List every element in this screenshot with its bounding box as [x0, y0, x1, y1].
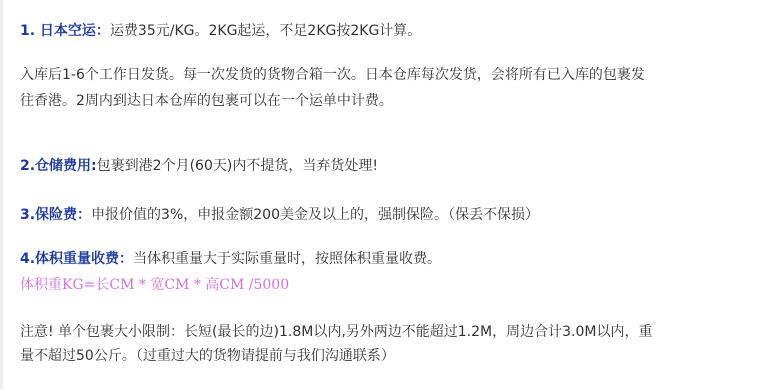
section-heading-storage-fee: 2.仓储费用:: [20, 158, 97, 174]
note-line-1: 注意! 单个包裹大小限制：长短(最长的边)1.8M以内,另外两边不能超过1.2M…: [20, 322, 652, 342]
section-text-air-freight: 运费35元/KG。2KG起运，不足2KG按2KG计算。: [110, 23, 421, 39]
shipping-paragraph-line-2: 往香港。2周内到达日本仓库的包裹可以在一个运单中计费。: [20, 91, 393, 111]
section-air-freight: 1. 日本空运：运费35元/KG。2KG起运，不足2KG按2KG计算。: [20, 21, 421, 41]
section-volumetric-weight: 4.体积重量收费：当体积重量大于实际重量时，按照体积重量收费。: [20, 249, 441, 269]
section-heading-volumetric-weight: 4.体积重量收费：: [20, 251, 133, 267]
volumetric-weight-formula: 体积重KG=长CM * 宽CM * 高CM /5000: [20, 275, 289, 295]
note-line-2: 量不超过50公斤。（过重过大的货物请提前与我们沟通联系）: [20, 346, 395, 366]
section-heading-air-freight: 1. 日本空运：: [20, 23, 110, 39]
section-text-insurance: 申报价值的3%，申报金额200美金及以上的，强制保险。（保丢不保损）: [91, 207, 539, 223]
section-heading-insurance: 3.保险费：: [20, 207, 91, 223]
left-border-divider: [0, 0, 3, 389]
section-storage-fee: 2.仓储费用:包裹到港2个月(60天)内不提货，当弃货处理!: [20, 156, 378, 176]
section-text-storage-fee: 包裹到港2个月(60天)内不提货，当弃货处理!: [97, 158, 378, 174]
section-insurance: 3.保险费：申报价值的3%，申报金额200美金及以上的，强制保险。（保丢不保损）: [20, 205, 539, 225]
shipping-paragraph-line-1: 入库后1-6个工作日发货。每一次发货的货物合箱一次。日本仓库每次发货，会将所有已…: [20, 65, 645, 85]
section-text-volumetric-weight: 当体积重量大于实际重量时，按照体积重量收费。: [133, 251, 441, 267]
